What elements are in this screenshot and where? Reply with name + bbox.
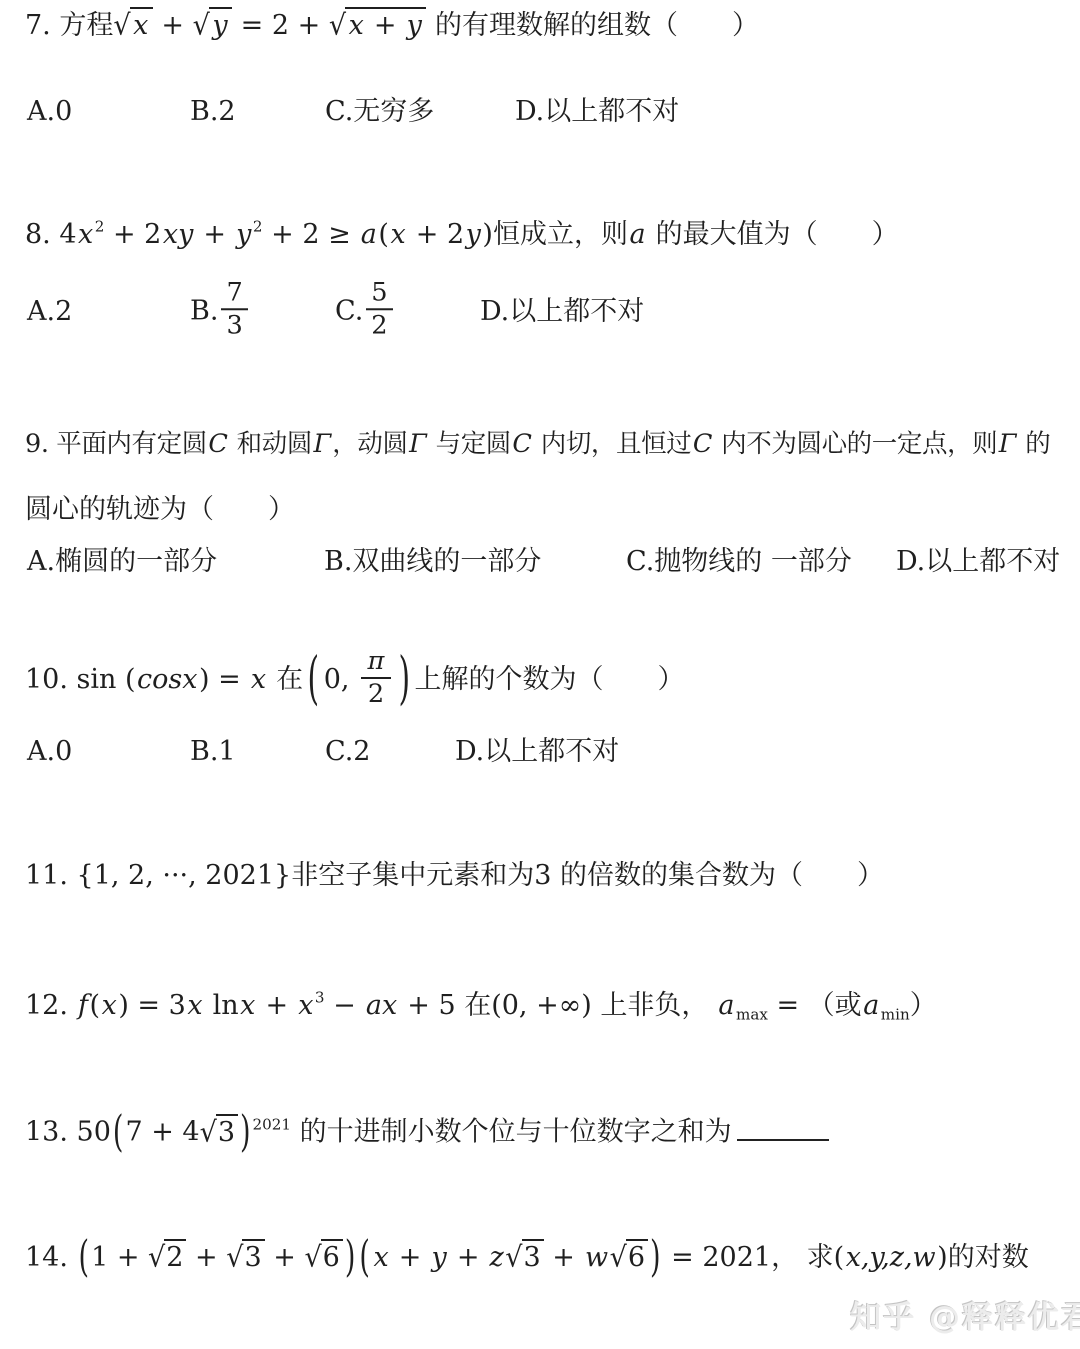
- question-8-option-c: C.52: [335, 281, 396, 342]
- question-10-option-c: C.2: [325, 735, 370, 769]
- question-9-option-c: C.抛物线的 一部分: [626, 545, 852, 579]
- question-8-options: A.2 B.73 C.52 D.以上都不对: [0, 277, 1080, 347]
- question-13-statement: 13. 50(7 + 4√3)2021 的十进制小数个位与十位数字之和为: [25, 1113, 829, 1150]
- question-10-option-a: A.0: [27, 735, 72, 769]
- question-9-option-b: B.双曲线的一部分: [324, 545, 541, 579]
- question-8-statement: 8. 4x2 + 2xy + y2 + 2 ≥ a(x + 2y)恒成立，则a …: [25, 217, 899, 252]
- question-7-statement: 7. 方程√x + √y = 2 + √x + y 的有理数解的组数（ ）: [25, 8, 759, 43]
- question-7-option-a: A.0: [27, 95, 72, 129]
- question-14-statement: 14. (1 + √2 + √3 + √6)(x + y + z√3 + w√6…: [25, 1240, 1029, 1275]
- question-9-option-a: A.椭圆的一部分: [27, 545, 217, 579]
- question-8-option-a: A.2: [27, 295, 72, 329]
- question-7-option-d: D.以上都不对: [515, 95, 679, 129]
- question-8-option-b: B.73: [190, 281, 251, 342]
- question-7-option-b: B.2: [190, 95, 236, 129]
- question-10-option-b: B.1: [190, 735, 236, 769]
- question-9-option-d: D.以上都不对: [896, 545, 1060, 579]
- question-10-option-d: D.以上都不对: [455, 735, 619, 769]
- question-7-options: A.0 B.2 C.无穷多 D.以上都不对: [0, 95, 1080, 129]
- question-10-statement: 10. sin (cosx) = x 在(0, π2)上解的个数为（ ）: [25, 650, 684, 711]
- question-12-statement: 12. f(x) = 3x lnx + x3 − ax + 5 在(0, +∞)…: [25, 988, 937, 1025]
- question-7-option-c: C.无穷多: [325, 95, 434, 129]
- question-9-options: A.椭圆的一部分 B.双曲线的一部分 C.抛物线的 一部分 D.以上都不对: [0, 545, 1080, 579]
- question-9-statement-line1: 9. 平面内有定圆C 和动圆Γ，动圆Γ 与定圆C 内切，且恒过C 内不为圆心的一…: [25, 428, 1050, 461]
- math-exam-page: 7. 方程√x + √y = 2 + √x + y 的有理数解的组数（ ） A.…: [0, 0, 1080, 1349]
- question-10-options: A.0 B.1 C.2 D.以上都不对: [0, 735, 1080, 769]
- question-11-statement: 11. {1, 2, ···, 2021}非空子集中元素和为3 的倍数的集合数为…: [25, 858, 884, 893]
- zhihu-watermark: 知乎 @释释优君: [850, 1292, 1080, 1337]
- question-9-statement-line2: 圆心的轨迹为（ ）: [25, 492, 295, 527]
- question-8-option-d: D.以上都不对: [480, 295, 644, 329]
